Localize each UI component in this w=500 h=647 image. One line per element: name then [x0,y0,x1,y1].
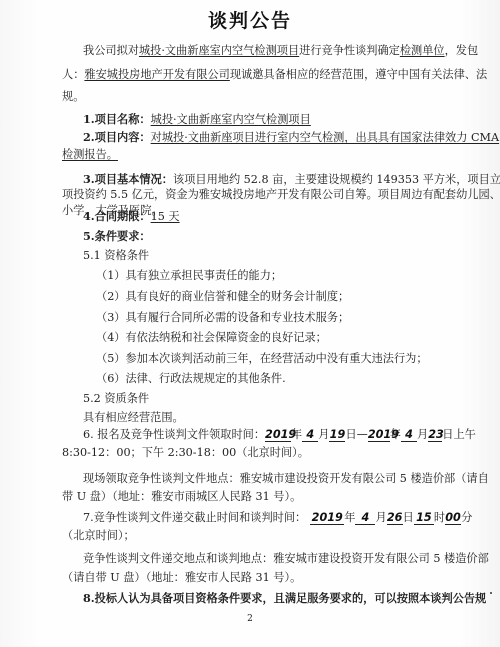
intro-line-2: 人：雅安城投房地产开发有限公司现诚邀具备相应的经营范围，遵守中国有关法律、法 [62,68,487,82]
label: 4.合同期限： [83,209,151,223]
text: 月 [417,428,428,441]
handwritten-year: 2019 [310,512,344,525]
text: 年 [390,428,401,441]
text: 时 [434,511,445,524]
item-requirements: 5.条件要求： [83,229,151,243]
text: 日 [345,428,356,441]
document-page: 谈判公告 我公司拟对城投·文曲新座室内空气检测项目进行竞争性谈判确定检测单位，发… [0,0,500,647]
project-name-underlined: 城投·文曲新座室内空气检测项目 [139,44,299,57]
handwritten-end-month: 4 [401,429,417,442]
item-basic-info: 3.项目基本情况：该项目用地约 52.8 亩，主要建设规模约 149353 平方… [83,172,500,187]
handwritten-day: 26 [387,512,403,525]
label: 1.项目名称： [83,112,151,126]
section6-hours: 8:30-12：00；下午 2:30-18：00（北京时间）。 [62,446,309,460]
text: 月 [375,511,386,524]
handwritten-end-day: 23 [428,429,442,442]
text: 日 [442,428,453,441]
value: 城投·文曲新座室内空气检测项目 [151,113,311,126]
label: 7.竞争性谈判文件递交截止时间和谈判时间： [83,511,306,524]
text: 分 [461,511,472,524]
label: 6. 报名及竞争性谈判文件领取时间： [83,428,265,441]
section6-line-1: 6. 报名及竞争性谈判文件领取时间：2019年4月19日—2019年4月23日上… [83,428,476,442]
qualification-item: （1）具有独立承担民事责任的能力； [96,269,282,283]
scan-speck [490,592,492,594]
value: 对城投·文曲新座项目进行室内空气检测，出具具有国家法律效力 CMA [151,131,499,144]
text: 日 [403,511,414,524]
text: ，发包 [445,44,479,57]
section6-pickup-2: 带 U 盘）（地址：雅安市雨城区人民路 31 号）。 [62,490,301,504]
intro-line-1: 我公司拟对城投·文曲新座室内空气检测项目进行竞争性谈判确定检测单位，发包 [83,44,478,58]
text: 年 [344,511,355,524]
text: — [357,428,368,441]
section8-text: 8.投标人认为具备项目资格条件要求，且满足服务要求的，可以按照本谈判公告规 [83,591,486,606]
page-number: 2 [0,614,500,624]
text: 上午 [453,428,475,441]
qualification-item: （2）具有良好的商业信誉和健全的财务会计制度； [96,290,349,304]
text: 8.投标人认为具备项目资格条件要求，且满足服务要求的，可以按照本谈判公告规 [83,591,486,605]
intro-line-3: 规。 [62,90,84,104]
unit-underlined: 检测单位 [400,44,445,57]
section7-line-1: 7.竞争性谈判文件递交截止时间和谈判时间：2019年4月26日15时00分 [83,511,472,525]
text: 年 [291,428,302,441]
section7-tz: （北京时间）； [62,529,135,543]
handwritten-month: 4 [355,512,375,525]
handwritten-end-year: 2019 [368,429,390,442]
section6-pickup-1: 现场领取竞争性谈判文件地点：雅安城市建设投资开发有限公司 5 楼造价部（请自 [83,472,489,486]
value: 15 天 [151,210,180,223]
company-underlined: 雅安城投房地产开发有限公司 [84,68,229,81]
certification-heading: 5.2 资质条件 [83,392,149,406]
handwritten-start-year: 2019 [265,429,291,442]
qualification-item: （4）有依法纳税和社会保障资金的良好记录； [96,331,327,345]
value: 该项目用地约 52.8 亩，主要建设规模约 149353 平方米，项目立 [173,173,500,186]
qualification-item: （3）具有履行合同所必需的设备和专业技术服务； [96,311,349,325]
handwritten-start-month: 4 [302,429,318,442]
certification-text: 具有相应经营范围。 [83,411,184,425]
handwritten-start-day: 19 [329,429,345,442]
section7-place-2: （请自带 U 盘）（地址：雅安市人民路 31 号）。 [62,571,301,585]
text: 进行竞争性谈判确定 [299,44,400,57]
document-title: 谈判公告 [0,6,500,33]
qualification-item: （6）法律、行政法规规定的其他条件. [96,372,286,386]
label: 3.项目基本情况： [83,172,173,186]
section7-place-1: 竞争性谈判文件递交地点和谈判地点：雅安城市建设投资开发有限公司 5 楼造价部 [83,552,489,566]
qualification-heading: 5.1 资格条件 [83,249,149,263]
text: 现诚邀具备相应的经营范围，遵守中国有关法律、法 [230,68,487,81]
item-basic-info-2: 项投资约 5.5 亿元，资金为雅安城投房地产开发有限公司自筹。项目周边有配套幼儿… [62,188,500,202]
handwritten-hour: 15 [414,512,434,525]
qualification-item: （5）参加本次谈判活动前三年，在经营活动中没有重大违法行为； [96,352,428,366]
item-project-content-cont: 检测报告。 [62,148,118,162]
text: 月 [318,428,329,441]
item-project-content: 2.项目内容：对城投·文曲新座项目进行室内空气检测，出具具有国家法律效力 CMA [83,130,499,145]
text: 我公司拟对 [83,44,139,57]
item-contract-period: 4.合同期限：15 天 [83,209,180,224]
text: 人： [62,68,84,81]
handwritten-minute: 00 [445,512,461,525]
label: 2.项目内容： [83,130,151,144]
item-project-name: 1.项目名称：城投·文曲新座室内空气检测项目 [83,112,311,127]
